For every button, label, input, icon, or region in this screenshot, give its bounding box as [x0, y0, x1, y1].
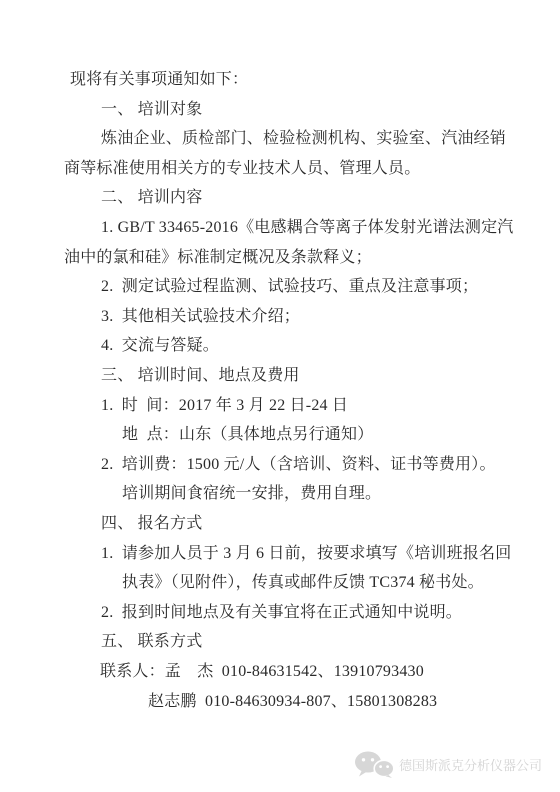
contact-line-1: 联系人：孟 杰 010-84631542、13910793430 [100, 662, 424, 682]
section-2-heading: 二、 培训内容 [101, 188, 202, 208]
section-3-heading: 三、 培训时间、地点及费用 [101, 366, 300, 386]
signup-item-1-line-2: 执表》（见附件），传真或邮件反馈 TC374 秘书处。 [122, 573, 484, 593]
watermark: 德国斯派克分析仪器公司 [354, 751, 542, 778]
section-1-heading: 一、 培训对象 [101, 100, 202, 120]
content-item-4: 4. 交流与答疑。 [101, 336, 219, 356]
watermark-text: 德国斯派克分析仪器公司 [399, 755, 542, 774]
training-audience-line-2: 商等标准使用相关方的专业技术人员、管理人员。 [64, 159, 420, 179]
content-item-1-line-1: 1. GB/T 33465-2016《电感耦合等离子体发射光谱法测定汽 [101, 218, 514, 238]
location-line: 地 点：山东（具体地点另行通知） [122, 425, 373, 445]
wechat-icon [354, 751, 394, 778]
section-5-heading: 五、 联系方式 [101, 632, 202, 652]
fee-line: 2. 培训费：1500 元/人（含培训、资料、证书等费用）。 [101, 455, 496, 475]
content-item-3: 3. 其他相关试验技术介绍； [101, 307, 300, 327]
time-line: 1. 时 间：2017 年 3 月 22 日-24 日 [101, 396, 348, 416]
content-item-2: 2. 测定试验过程监测、试验技巧、重点及注意事项； [101, 277, 478, 297]
section-4-heading: 四、 报名方式 [101, 514, 202, 534]
training-audience-line-1: 炼油企业、质检部门、检验检测机构、实验室、汽油经销 [101, 129, 506, 149]
content-item-1-line-2: 油中的氯和硅》标准制定概况及条款释义； [64, 248, 372, 268]
intro-line: 现将有关事项通知如下： [70, 70, 248, 90]
fee-note-line: 培训期间食宿统一安排，费用自理。 [122, 484, 381, 504]
signup-item-1-line-1: 1. 请参加人员于 3 月 6 日前，按要求填写《培训班报名回 [101, 544, 511, 564]
signup-item-2: 2. 报到时间地点及有关事宜将在正式通知中说明。 [101, 603, 462, 623]
document-page: 现将有关事项通知如下： 一、 培训对象 炼油企业、质检部门、检验检测机构、实验室… [0, 0, 560, 792]
contact-line-2: 赵志鹏 010-84630934-807、15801308283 [148, 692, 437, 712]
